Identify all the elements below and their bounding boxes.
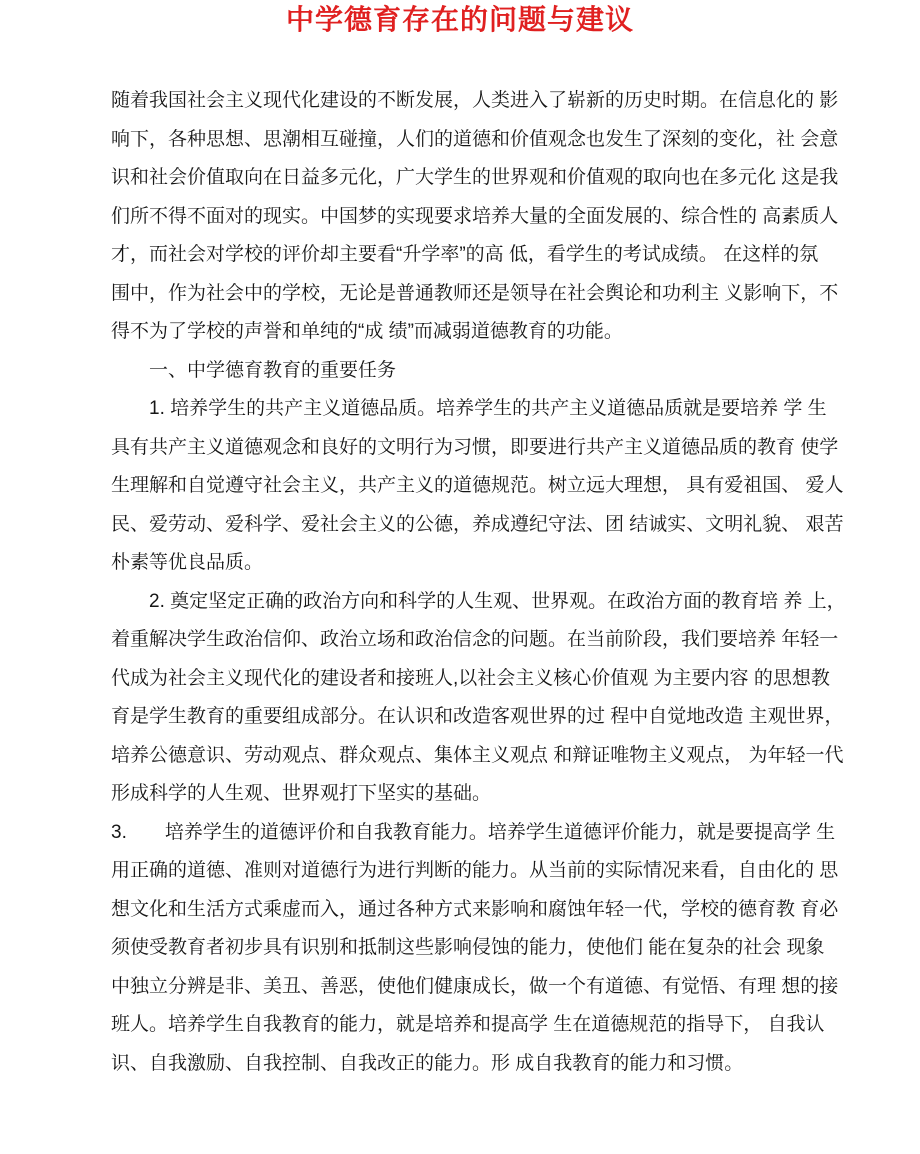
document-title: 中学德育存在的问题与建议 xyxy=(0,0,920,37)
body-line: 识、自我激励、自我控制、自我改正的能力。形 成自我教育的能力和习惯。 xyxy=(111,1045,830,1084)
body-line: 具有共产主义道德观念和良好的文明行为习惯，即要进行共产主义道德品质的教育 使学 xyxy=(111,429,830,468)
document-page: 中学德育存在的问题与建议 随着我国社会主义现代化建设的不断发展，人类进入了崭新的… xyxy=(0,0,920,1154)
body-line: 随着我国社会主义现代化建设的不断发展，人类进入了崭新的历史时期。在信息化的 影 xyxy=(111,82,830,121)
body-line: 中独立分辨是非、美丑、善恶，使他们健康成长，做一个有道德、有觉悟、有理 想的接 xyxy=(111,968,830,1007)
body-line: 2. 奠定坚定正确的政治方向和科学的人生观、世界观。在政治方面的教育培 养 上， xyxy=(111,583,830,622)
body-line: 想文化和生活方式乘虚而入，通过各种方式来影响和腐蚀年轻一代，学校的德育教 育必 xyxy=(111,891,830,930)
section-heading-line: 一、中学德育教育的重要任务 xyxy=(111,352,830,391)
body-line: 用正确的道德、准则对道德行为进行判断的能力。从当前的实际情况来看，自由化的 思 xyxy=(111,852,830,891)
body-line: 班人。培养学生自我教育的能力，就是培养和提高学 生在道德规范的指导下， 自我认 xyxy=(111,1006,830,1045)
body-line: 朴素等优良品质。 xyxy=(111,544,830,583)
body-line: 生理解和自觉遵守社会主义，共产主义的道德规范。树立远大理想， 具有爱祖国、 爱人 xyxy=(111,467,830,506)
body-line: 得不为了学校的声誉和单纯的“成 绩”而减弱道德教育的功能。 xyxy=(111,313,830,352)
body-line: 须使受教育者初步具有识别和抵制这些影响侵蚀的能力，使他们 能在复杂的社会 现象 xyxy=(111,929,830,968)
body-line: 培养公德意识、劳动观点、群众观点、集体主义观点 和辩证唯物主义观点， 为年轻一代 xyxy=(111,737,830,776)
body-line: 代成为社会主义现代化的建设者和接班人,以社会主义核心价值观 为主要内容 的思想教 xyxy=(111,660,830,699)
body-line: 形成科学的人生观、世界观打下坚实的基础。 xyxy=(111,775,830,814)
body-line: 响下，各种思想、思潮相互碰撞，人们的道德和价值观念也发生了深刻的变化，社 会意 xyxy=(111,121,830,160)
body-line: 育是学生教育的重要组成部分。在认识和改造客观世界的过 程中自觉地改造 主观世界， xyxy=(111,698,830,737)
document-body: 随着我国社会主义现代化建设的不断发展，人类进入了崭新的历史时期。在信息化的 影 … xyxy=(111,82,830,1083)
body-line: 围中，作为社会中的学校，无论是普通教师还是领导在社会舆论和功利主 义影响下，不 xyxy=(111,275,830,314)
body-line: 们所不得不面对的现实。中国梦的实现要求培养大量的全面发展的、综合性的 高素质人 xyxy=(111,198,830,237)
body-line: 3. 培养学生的道德评价和自我教育能力。培养学生道德评价能力，就是要提高学 生 xyxy=(111,814,830,853)
body-line: 着重解决学生政治信仰、政治立场和政治信念的问题。在当前阶段，我们要培养 年轻一 xyxy=(111,621,830,660)
body-line: 1. 培养学生的共产主义道德品质。培养学生的共产主义道德品质就是要培养 学 生 xyxy=(111,390,830,429)
body-line: 民、爱劳动、爱科学、爱社会主义的公德，养成遵纪守法、团 结诚实、文明礼貌、 艰苦 xyxy=(111,506,830,545)
body-line: 识和社会价值取向在日益多元化，广大学生的世界观和价值观的取向也在多元化 这是我 xyxy=(111,159,830,198)
body-line: 才，而社会对学校的评价却主要看“升学率”的高 低，看学生的考试成绩。 在这样的氛 xyxy=(111,236,830,275)
